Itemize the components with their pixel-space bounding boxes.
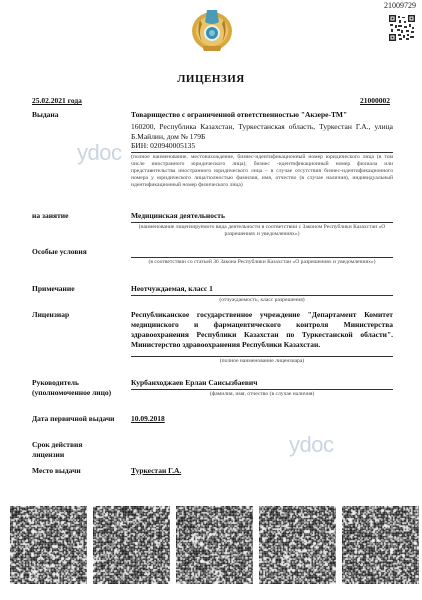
head-value: Курбанходжаев Ерлан Саисызбаевич	[131, 378, 393, 388]
licensor-hint: (полное наименование лицензиара)	[131, 358, 393, 365]
special-conditions-hint: (в соответствии со статьей 36 Закона Рес…	[131, 259, 393, 266]
validity-label: Срок действия лицензии	[32, 440, 82, 460]
divider	[131, 152, 393, 153]
qr-code-icon	[259, 506, 336, 584]
divider	[131, 222, 393, 223]
licensor-label: Лицензиар	[32, 310, 69, 320]
licensor-value: Республиканское государственное учрежден…	[131, 310, 393, 350]
qr-code-icon	[10, 506, 87, 584]
watermark: ydoc	[77, 140, 121, 166]
head-label-line2: (уполномоченное лицо)	[32, 388, 111, 398]
activity-label: на занятие	[32, 211, 68, 221]
first-issue-date-value: 10.09.2018	[131, 414, 165, 423]
place-wrap: Туркестан Г.А.	[131, 466, 393, 476]
qr-code-icon	[176, 506, 253, 584]
page-title: ЛИЦЕНЗИЯ	[0, 73, 422, 85]
first-issue-date-wrap: 10.09.2018	[131, 414, 393, 424]
issued-to-address: 160200, Республика Казахстан, Туркестанс…	[131, 122, 393, 142]
watermark: ydoc	[289, 432, 333, 458]
head-label-line1: Руководитель	[32, 378, 111, 388]
divider	[131, 295, 393, 296]
place-value: Туркестан Г.А.	[131, 466, 181, 475]
issued-to-name: Товарищество с ограниченной ответственно…	[131, 110, 393, 120]
issue-date: 25.02.2021 года	[32, 96, 82, 105]
place-label: Место выдачи	[32, 466, 81, 476]
activity-hint: (наименование лицензируемого вида деятел…	[131, 224, 393, 238]
activity-value: Медицинская деятельность	[131, 211, 393, 221]
note-value: Неотчуждаемая, класс 1	[131, 284, 393, 294]
special-conditions-label: Особые условия	[32, 247, 87, 257]
issued-to-label: Выдана	[32, 110, 58, 120]
validity-label-line1: Срок действия	[32, 440, 82, 450]
head-hint: (фамилия, имя, отчество (в случае наличи…	[131, 391, 393, 398]
qr-code-icon	[389, 15, 415, 41]
divider	[131, 356, 393, 357]
divider	[131, 257, 393, 258]
kazakhstan-emblem-icon	[190, 6, 234, 54]
document-number: 21009729	[384, 1, 416, 10]
issued-to-hint: (полное наименование, местонахождение, б…	[131, 154, 393, 189]
license-number: 21000002	[360, 96, 390, 105]
qr-code-icon	[342, 506, 419, 584]
footer-qr-codes	[10, 506, 420, 586]
head-label: Руководитель (уполномоченное лицо)	[32, 378, 111, 398]
note-label: Примечание	[32, 284, 75, 294]
first-issue-date-label: Дата первичной выдачи	[32, 414, 115, 424]
issued-to-bin: БИН: 020940005135	[131, 141, 393, 151]
note-hint: (отчуждаемость, класс разрешения)	[131, 297, 393, 304]
divider	[131, 389, 393, 390]
validity-label-line2: лицензии	[32, 450, 82, 460]
qr-code-icon	[93, 506, 170, 584]
